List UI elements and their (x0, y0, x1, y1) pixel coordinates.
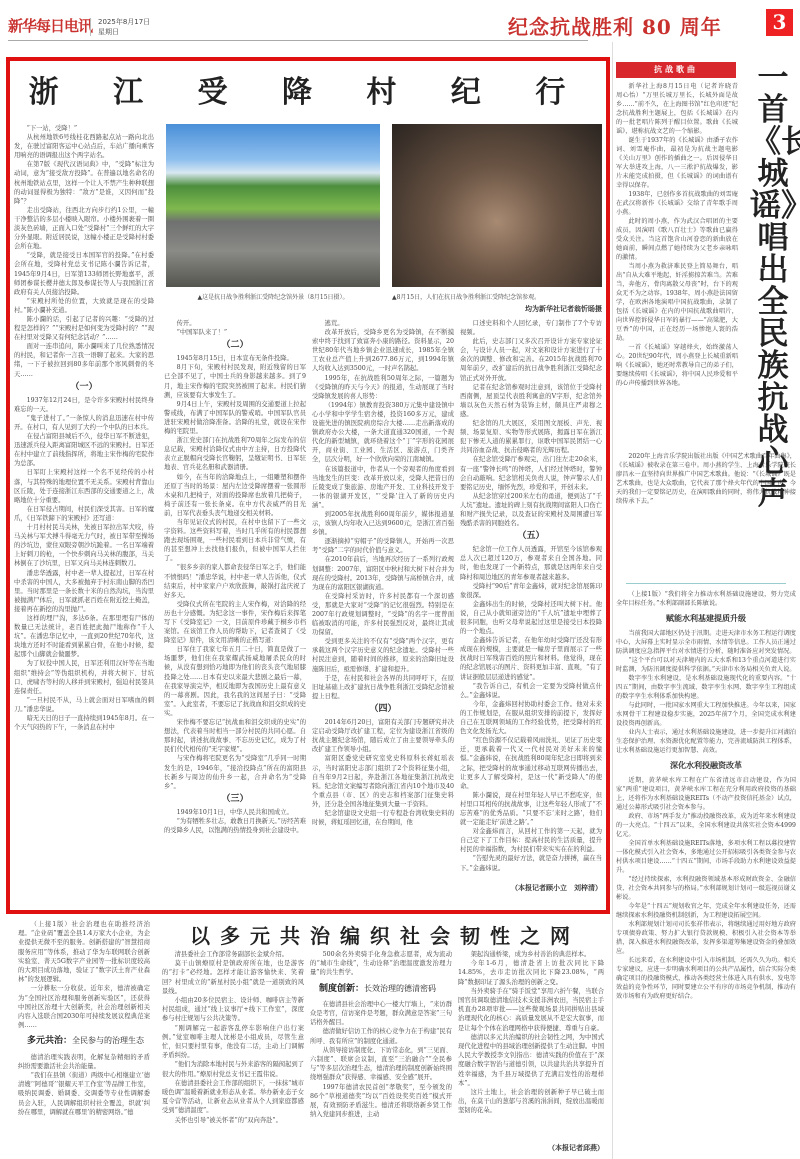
paragraph: 1945年8月15日，日本宣布无条件投降。 (164, 354, 306, 363)
feature-column-3: 逃荒。 改革开放后，受降乡更名为受降镇，在不断摸索中终于找到了致富奔小康的路径。… (312, 319, 454, 909)
paragraph: 陈小瀾说，现在村里年轻人早已不愁吃穿，但村里口耳相传的抗战故事，让这些年轻人形成… (460, 791, 602, 827)
paragraph: “这个平台可以对天津境内的五大水系和13个重点河道进行实时监测，为防汛调度提供科… (616, 656, 796, 674)
column-divider (612, 42, 613, 1159)
paragraph: 对金鑫炜而言，从回村工作的第一天起，就为自己定下了工作目标：提高村民的生活质量，… (460, 827, 602, 854)
masthead-rule (8, 40, 588, 41)
paragraph: 纪念馆的几大展区，采用图文展板、声光、视频、场景复原、实物等形式展陈，揭露日军在… (460, 419, 602, 455)
paragraph: “刚调解完一起游客乱停车影响住户出行案例。”觉室咖啡主理人沈彬是小组成员，尽管生… (162, 1024, 304, 1061)
paragraph: 宋作梅不要忘记“抗战血和泪交织成的史实”的想法，代表着当时相当一部分村民的共同心… (164, 718, 306, 754)
paragraph: “为有牺牲多壮志，敢教日月换新天。”历经苦难的受降乡人民，以饱满的热情投身到社会… (164, 817, 306, 835)
paragraph: 于是，在村民和社会各界的共同呼吁下，在原旧址基础上改扩建抗日战争胜利浙江受降纪念… (312, 674, 454, 701)
paragraph: 纪念馆一位工作人员透露，开馆至今该馆参观总人次已超过120万，参观者来自全国各地… (460, 545, 602, 581)
paragraph: 这片土地上，社会治理的创新种子早已破土而出，在莫干山的葱郁与苕溪的涓涓间，绽放出… (458, 1088, 604, 1116)
paragraph: 在德清县委社会工作部的组织下，一抹抹“城市暖色调”温暖着新就业形态从业者。举办新… (162, 1079, 304, 1116)
paragraph: 富阳区委党史研究室党史科原科长蒋虹瑶表示，当时富阳史志部门组织了2个资料征集小组… (312, 754, 454, 809)
paragraph: 今年，金鑫炜回村协助村委会工作。他对未来的工作规划是，在服从组织安排的前提下，发… (460, 700, 602, 736)
paragraph: 逐渐摘掉“穷帽子”的受降镇人，开始再一次思考“受降”二字的时代价值与意义。 (312, 537, 454, 555)
paragraph: “经过持续探索，水利投融资领域基本形成财政资金、金融信贷、社会资本共同参与的格局… (616, 875, 796, 902)
feature-headline: 浙 江 受 降 村 纪 行 (10, 67, 606, 111)
paragraph: 此时的周小燕，作为武汉合唱团的主要成员，因演唱《歌八百壮士》等歌曲已赢得受众关注… (616, 217, 738, 262)
paragraph: 受降仪式所在宅院的主人宋作梅，对洽降的经历也十分感慨。为纪念这一事件，宋作梅后来… (164, 600, 306, 645)
paragraph: 与宋作梅将宅院更名为“受降室”几乎同一时期发生的是，1946年，“接洽投降点”所… (164, 754, 306, 790)
paragraph: 传开。 (164, 319, 306, 328)
paragraph: 水利部规划计划司司长张祥伟表示，将继续通过用好地方政府专项债券政策、努力扩大银行… (616, 920, 796, 956)
section-rule (626, 583, 786, 584)
paragraph: 纪念馆建设文史组一行专程赴台湾收集史料的时候，蒋虹瑶回忆道，在台期间，他 (312, 809, 454, 827)
paragraph: 在第7版《现代汉语词典》中，“受降”标注为动词，意为“接受敌方投降”。在普遍以地… (14, 160, 154, 205)
paragraph: 数字孪生水利建设，是水利基础设施现代化的重要内容。“十四五”期间，由数字孪生流域… (616, 674, 796, 701)
paragraph: 在纪念馆受降厅参观完，出门往左走20余米，有一座“警钟长鸣”的钟塔，人们经过钟塔… (460, 455, 602, 491)
paragraph: 与此同时，一批国家水网重大工程加快推进。今年以来，国家水网骨干工程建设稳步实施，… (616, 701, 796, 728)
paragraph: 此后，史志部门又多次召开设计方案专家论证会，与设计人员一起，对文案和设计方案进行… (460, 337, 602, 382)
paragraph: 当周小燕为救济难民登上简易舞台，唱出“自从大难平地起，奸淫掳掠苦难当。苦难当，奔… (616, 262, 738, 343)
paragraph: 当外卖骑手在“骑手饭堂”享用六折午餐，当联合国官员调取德清地信技术支援非洲农田，… (458, 987, 604, 1033)
paragraph: “一旦村民不从，马上就会面对日军嗜血的刺刀。”潘忠华说。 (14, 696, 154, 714)
paragraph: 金鑫炜告诉记者，在他年幼时受降厅还没有形成现在的规模，主要就是一幢房子里面展示了… (460, 636, 602, 681)
paragraph: 口述史料和个人回忆录，专门制作了7个专访视频。 (460, 319, 602, 337)
subheading: 深化水利投融资改革 (616, 761, 796, 770)
paragraph: 当前我国大部地区仍处于汛期。走进天津市水务工程运行调度中心，大屏幕上实时显示全市… (616, 629, 796, 656)
paragraph: 9月4日上午，宋殿村及周围的交通要道上拉起警戒线，布满了中国军队的警戒哨。中国军… (164, 400, 306, 436)
paragraph: 1997年德清农民首创“孝敬奖”，至今颁发的86个“草根道德奖”均以“百姓设奖奖… (310, 1083, 452, 1120)
bottom-column-2: 清县委社会工作部常务副部长金斌介绍。 莫干山镇燎原村是镇政府所在地，也是游客的“… (162, 950, 304, 1156)
paragraph: 走出受降站，往西北方向步行约1公里，一幢干净整洁的多层小楼映入眼帘。小楼外围裹着… (14, 206, 154, 251)
paragraph: 清县委社会工作部常务副部长金斌介绍。 (162, 950, 304, 959)
paragraph: 关怀也引导“被关怀者”的“双向奔赴”。 (162, 1116, 304, 1125)
paragraph: “下一站，受降！” (14, 124, 154, 133)
paragraph: “宋殿村所处的位置，大致就是现在的受降村。”陈小瀾补充道。 (14, 297, 154, 315)
section-heading: （二） (164, 341, 306, 350)
surrender-hall-interior-photo (392, 124, 602, 287)
section-heading: （五） (460, 532, 602, 541)
paragraph: 业内人士表示，通过水利基础设施建设，进一步提升江河湖泊生态保护治理、水资源优化配… (616, 728, 796, 755)
photo-caption: ▲8月15日，人们在抗日战争胜利浙江受降纪念馆参观。 (392, 293, 602, 302)
paragraph: 在2010年前后，当地再次经历了一系列行政规划调整：2007年，富阳区中秋村和大… (312, 555, 454, 591)
subheading: 多元共治：全民参与的治理生态 (27, 1036, 150, 1046)
subheading: 制度创新：长效治理的德清密码 (319, 984, 452, 994)
page-number-badge: 3 (766, 9, 793, 36)
paragraph: 从杭州地铁6号线桂花西路起点站一路向北出发，在驶过富阳客运中心站点后，车站广播向… (14, 133, 154, 160)
feature-byline: （本报记者顾小立 刘梓清） (460, 883, 602, 893)
sidebar-section-header: 抗战歌曲 (616, 62, 736, 78)
bottom-column-3: 500余名外卖骑手化身急救志愿者，成为流动的“城市生命线”，生动诠释“治理温度激… (310, 950, 452, 1156)
vertical-headline: 一首《长城谣》唱出全民族抗战心声 (750, 62, 796, 510)
paragraph: “受降，就是接受日本国军官的投降。”在村委会所在地，受降村党总支书记陈小瀾告诉记… (14, 251, 154, 296)
paragraph: 1937年12月24日，是令许多宋殿村村民终身难忘的一天。 (14, 396, 154, 414)
paragraph: “中国军队来了！” (164, 328, 306, 337)
paragraph: 当年见证仪式的村民，在村中也留下了一些文字资料。这些资料写着，当时几乎所有的村民… (164, 518, 306, 563)
paragraph: 1938年，已创作多首抗战歌曲的刘雪庵在武汉将新作《长城谣》交给了青年歌手周小燕… (616, 190, 738, 217)
paragraph: 到2005年抗战胜利60周年前夕，媒体报道显示，该镇人均年收入已达到9600元，… (312, 510, 454, 537)
paragraph: 小组由20多位民宿主、设计师、咖啡店主等新村民组成，通过“线上议事厅+线下工作室… (162, 996, 304, 1024)
paragraph: “红色资源不仅记载着风雨洗礼、见证了历史变迁，更承载着一代又一代村民对美好未来的… (460, 736, 602, 791)
paragraph: 今年1-6月，德清赴省上访批次同比下降14.85%，去市走访批次同比下降23.0… (458, 959, 604, 987)
subheading-text: 全民参与的治理生态 (72, 1036, 144, 1045)
photo-caption: ▲这是抗日战争胜利浙江受降纪念馆外景（8月15日摄）。 (166, 293, 380, 302)
feature-column-2: 传开。 “中国军队来了！” （二） 1945年8月15日，日本宣布无条件投降。 … (164, 319, 306, 909)
paragraph: （上接1版）“我们将全力推动水利基础设施建设，努力完成全年目标任务。”水利部副部… (616, 590, 796, 608)
quoted-passage: 十月村村民马关林，先被日军拉出军犬咬，待马关林与军犬搏斗得毫无力气时，被日军带至… (14, 523, 154, 568)
subheading-label: 制度创新： (319, 984, 364, 994)
paragraph: 逃荒。 (312, 319, 454, 328)
paragraph: 陈小瀾的话，引起了记者的兴趣：“受降的过程是怎样的？”“宋殿村是如何变为受降村的… (14, 315, 154, 342)
paragraph: 这样的埋尸沟，多达6条。在那里埋有尸体的数量已无法统计，老百姓把此抛尸地称作“千… (14, 614, 154, 659)
paragraph: 莫干山镇燎原村是镇政府所在地，也是游客的“打卡”必经地。怎样才能让游客愉快来、笑… (162, 959, 304, 996)
paragraph: 德清治理实践表明，化解复杂精细的矛盾纠纷需要激活社会共治能量。 (18, 1053, 150, 1071)
paragraph: 在受降村采访时，许多村民都有一个深切感受，那就是大家对“受降”的记忆很强烈。特别… (312, 592, 454, 637)
page-theme: 纪念抗战胜利 80 周年 (508, 11, 722, 40)
paragraph: “鬼子进村了。”一条惊人的消息迅速在村中传开。在村口，有人见到了大约一个中队的日… (14, 414, 154, 432)
paragraph: 2014年6月20日，富阳有关部门专题研究并决定启动受降厅改扩建工程，定位为建设… (312, 718, 454, 754)
subheading: 赋能水利基建提质升级 (616, 614, 796, 623)
section-heading: （三） (164, 795, 306, 804)
paragraph: “他们为消除本地村民与外来游客的隔阂起到了很大的作用。”燎原村党总支书记王霞伟说… (162, 1060, 304, 1078)
logo-divider (90, 18, 91, 36)
paragraph: 记者在纪念馆参观时注意到，该馆位于受降村西南侧，屋顶呈代表胜利寓意的V字形，纪念… (460, 383, 602, 419)
paragraph: 受到更多关注的不仅有“受降”两个汉字，更有承载这两个汉字历史意义的纪念遗址。受降… (312, 637, 454, 673)
paragraph: 如今，在当年的洽降地点上，一组雕塑和摆件还原了当时的场景：屋内左边受降席摆着一张… (164, 473, 306, 518)
paragraph: 诞生于1937年的《长城谣》由潘孑农作词、刘雪庵作曲，最初是为抗战主题电影《关山… (616, 136, 738, 190)
bottom-article-headline: 以多元共治编织社会韧性之网 (190, 920, 620, 949)
song-article-body: 新华社上海8月15日电（记者许晓青 周心怡）“万里长城万里长，长城外面是故乡……… (616, 82, 738, 452)
paragraph: “我们在县镇（街道）两级中心相继建立‘德清嫂’‘阿德哥’‘银耀天平工作室’等品牌… (18, 1071, 150, 1117)
paragraph: 在日军侵占期间，村民们深受其害。日军的魔爪，《日军铁蹄下的宋殿村》还写道： (14, 505, 154, 523)
paragraph: 长远来看，在水利建设中引入市场机制，还需久久为功。相关专家建议，应进一步明确水利… (616, 956, 796, 1001)
paragraph: 暗无天日的日子一直持续到1945年8月。在一个天气闷热的下午，一条消息在村中 (14, 714, 154, 732)
paragraph: （上接1版）社会治理也在助推经济治理。“企业码”覆盖全县1.4万家大小企业，为企… (18, 920, 150, 984)
section-heading: （四） (312, 705, 454, 714)
feature-article: 浙 江 受 降 村 纪 行 “下一站，受降！” 从杭州地铁6号线桂花西路起点站一… (6, 57, 610, 914)
paragraph: “我告诉自己，有机会一定要为受降村做点什么。”金鑫炜说。 (460, 682, 602, 700)
paragraph: 在该篇报道中，作者从一个旁观者的角度看到当地发生的巨变：改革开放以来，受降人把昔… (312, 465, 454, 510)
paragraph: 改革开放后，受降乡更名为受降镇，在不断摸索中终于找到了致富奔小康的路径。资料显示… (312, 328, 454, 373)
newspaper-logo: 新华每日电讯 (8, 15, 92, 36)
paragraph: 日军盯上宋殿村这样一个名不见经传的小村落，与其特殊的地理位置不无关系。宋殿村背靠… (14, 468, 154, 504)
paragraph: 架起沟通桥梁，成为乡村善治的典范样本。 (458, 950, 604, 959)
bottom-column-4: 架起沟通桥梁，成为乡村善治的典范样本。 今年1-6月，德清赴省上访批次同比下降1… (458, 950, 604, 1156)
paragraph: 为了奴役中国人民，日军还利用汉奸等在当地组织“维持会”等伪组织机构，并将大树下、… (14, 659, 154, 695)
paragraph: 一首《长城谣》穿越烽火，始终激荡人心。20世纪90年代，周小燕登上长城重新唱响《… (616, 343, 738, 388)
paragraph: 德清做好信访工作的核心竞争力在于构建“民有所呼、我有所应”的制度化通道。 (310, 1027, 452, 1045)
paragraph: 政府、市场“两手发力”推动投融资改革，成为近年来水利建设的一大亮点。“十四五”以… (616, 812, 796, 839)
masthead: 新华每日电讯 2025年8月17日 星期日 纪念抗战胜利 80 周年 3 (0, 0, 800, 42)
paragraph: 全国首单水利基础设施REITs落地，多项水利工程以募投建管一体化模式引入社会资本… (616, 839, 796, 875)
paragraph: 受降村“90后”青年金鑫炜，就对纪念馆展陈印象很深。 (460, 582, 602, 600)
paragraph: “告慰先灵的最好方法，就是奋力拼搏，赢在当下。”金鑫炜说。 (460, 854, 602, 872)
paragraph: “很多乡亲的家人都命丧侵华日军之手，他们能不愤恨吗！”潘忠华说，村中老一辈人告诉… (164, 563, 306, 599)
subheading-label: 多元共治： (27, 1036, 72, 1046)
paragraph: 德清以多元共治编织的社会韧性之网，为中国式现代化进程中的县域治理创新提供了生动注… (458, 1033, 604, 1088)
paragraph: 1949年10月1日，中华人民共和国成立。 (164, 808, 306, 817)
subheading-text: 长效治理的德清密码 (364, 984, 436, 993)
date-text: 2025年8月17日 (98, 17, 150, 27)
paragraph: 8月下旬，宋殿村村民发现，附近残留的日军已全部不见了，中国士兵的身影越来越多。到… (164, 363, 306, 399)
paragraph: 潘忠华透露，村中老一辈人提起过，日军在村中杀害的中国人，大多被抛弃于村东南山脚的… (14, 569, 154, 614)
paragraph: 新华社上海8月15日电（记者许晓青 周心怡）“万里长城万里长，长城外面是故乡……… (616, 82, 738, 136)
memorial-exterior-photo (166, 124, 380, 287)
paragraph: 从纪念馆穿过200米左右的甬道，便到达了“千人坑”遗址。遗址的碑上刻有抗战期间富… (460, 492, 602, 528)
water-article: （上接1版）“我们将全力推动水利基础设施建设，努力完成全年目标任务。”水利部副部… (616, 590, 796, 1155)
paragraph: 金鑫炜出生的时候，受降村还叫大树下村。他说，自己从小就知道旁边的“千人坑”遗址中… (460, 600, 602, 636)
paragraph: 1995年，在抗战胜利50周年之际，一篇题为《受降镇的昨天与今天》的报道，生动展… (312, 374, 454, 401)
paragraph: 浙江党史部门在抗战胜利70周年之际发布的信息记载，宋殿村洽降仪式由中方主持，日方… (164, 436, 306, 472)
paragraph: 从领导接访制度化、下访常态化，到“三见面、六制度”、联席会议制，直至“三治融合”… (310, 1046, 452, 1083)
paragraph: 面对一连串追问，陈小瀾叫来了几位熟悉情况的村民，和记者你一言我一语聊了起来。大家… (14, 342, 154, 378)
bottom-byline: （本报记者邱燕） (458, 1143, 604, 1153)
paragraph: 一分耕耘一分收获。近年来，德清被确定为“全国社区治理和服务创新实验区”，还获得中… (18, 984, 150, 1030)
feature-column-1: “下一站，受降！” 从杭州地铁6号线桂花西路起点站一路向北出发，在驶过富阳客运中… (14, 124, 154, 909)
section-heading: （一） (14, 383, 154, 392)
bottom-column-1: （上接1版）社会治理也在助推经济治理。“企业码”覆盖全县1.4万家大小企业，为企… (18, 920, 150, 1156)
feature-column-4: 口述史料和个人回忆录，专门制作了7个专访视频。 此后，史志部门又多次召开设计方案… (460, 319, 602, 879)
paragraph: 今年是“十四五”规划收官之年，完成全年水利建设任务，还需继续探索水利投融资机制创… (616, 902, 796, 920)
issue-date: 2025年8月17日 星期日 (98, 17, 150, 37)
quoted-passage: 日军住了我家七年五月二十日，简直是做了一场噩梦，他们住在我家耀武扬威地屠杀民众的… (164, 645, 306, 718)
quoted-passage: （1994年）镇教育投资380万元集中建设镇中心小学和中学学生宿舍楼，投资160… (312, 401, 454, 465)
paragraph: 近期，黄茅峡水库工程在广东省清远市启动建设，作为国家“两重”建设项目，黄茅峡水库… (616, 776, 796, 812)
paragraph: 500余名外卖骑手化身急救志愿者，成为流动的“城市生命线”，生动诠释“治理温度激… (310, 950, 452, 978)
weekday-text: 星期日 (98, 27, 150, 37)
photo-credit: 均为新华社记者翁忻旸摄 (480, 304, 602, 314)
paragraph: 在德清县社会治理中心一楼大厅墙上，“来访群众是考官，信访案件是考题，群众满意是答… (310, 1000, 452, 1028)
paragraph: 在侵占富阳县城后不久，侵华日军不断进犯，迅速派兵侵入距离富阳城区不远的宋殿村。日… (14, 432, 154, 468)
